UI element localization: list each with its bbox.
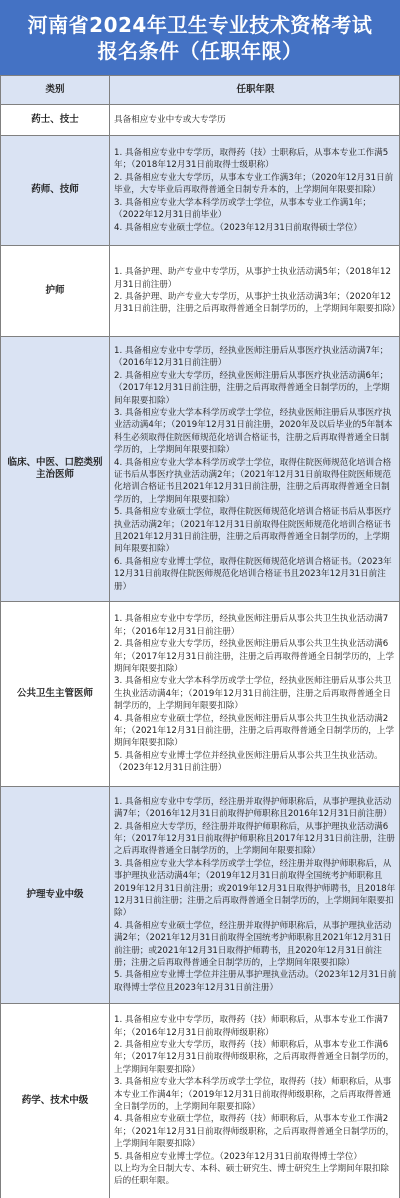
row-category: 护理专业中级 — [1, 787, 110, 1004]
requirement-line: 4. 具备相应专业硕士学位。（2023年12月31日前取得硕士学位） — [114, 222, 397, 234]
row-category: 药士、技士 — [1, 105, 110, 136]
requirement-line: 1. 具备相应专业中专学历，经注册并取得护师职称后，从事护理执业活动满7年；（2… — [114, 796, 397, 821]
requirement-line: 4. 具备相应专业硕士学位，经注册并取得护师职称后，从事护理执业活动满2年；（2… — [114, 920, 397, 970]
table-row: 护理专业中级 1. 具备相应专业中专学历，经注册并取得护师职称后，从事护理执业活… — [1, 787, 400, 1004]
requirement-line: 1. 具备相应专业中专学历，取得药（技）士职称后，从事本专业工作满5年；（201… — [114, 147, 397, 172]
requirement-line: 2. 具备相应专业大专学历，取得药（技）师职称后，从事本专业工作满6年；（201… — [114, 1039, 397, 1076]
requirement-line: 2. 具备相应大专学历，经注册并取得护师职称后，从事护理执业活动满6年；（201… — [114, 821, 397, 858]
table-row: 公共卫生主管医师 1. 具备相应专业中专学历，经执业医师注册后从事公共卫生执业活… — [1, 602, 400, 787]
row-requirements: 1. 具备相应专业中专学历，取得药（技）士职称后，从事本专业工作满5年；（201… — [110, 136, 400, 246]
requirement-line: 3. 具备相应专业大学本科学历或学士学位，从事本专业工作满1年；（2022年12… — [114, 197, 397, 222]
row-category: 公共卫生主管医师 — [1, 602, 110, 787]
requirement-line: 具备相应专业中专或大专学历 — [114, 114, 397, 126]
requirement-line: 4. 具备相应专业硕士学位，取得药（技）师职称后，从事本专业工作满2年；（202… — [114, 1113, 397, 1150]
title-line-2: 报名条件（任职年限） — [98, 38, 303, 64]
row-requirements: 1. 具备相应专业中专学历，经执业医师注册后从事公共卫生执业活动满7年；（201… — [110, 602, 400, 787]
requirements-table: 类别 任职年限 药士、技士 具备相应专业中专或大专学历 药师、技师 1. 具备相… — [0, 75, 400, 1198]
requirement-line: 4. 具备相应专业硕士学位，经执业医师注册后从事公共卫生执业活动满2年；（202… — [114, 713, 397, 750]
requirement-line: 1. 具备相应专业中专学历，经执业医师注册后从事医疗执业活动满7年；（2016年… — [114, 345, 397, 370]
requirement-line: 3. 具备相应专业大学本科学历或学士学位，经执业医师注册后从事公共卫生执业活动满… — [114, 675, 397, 712]
table-header-row: 类别 任职年限 — [1, 76, 400, 105]
table-row: 护师 1. 具备护理、助产专业中专学历，从事护士执业活动满5年；（2018年12… — [1, 246, 400, 337]
title-line-1: 河南省2024年卫生专业技术资格考试 — [28, 12, 373, 38]
requirement-line: 1. 具备相应专业中专学历，取得药（技）师职称后，从事本专业工作满7年；（201… — [114, 1014, 397, 1039]
requirement-line: 5. 具备相应专业博士学位。（2023年12月31日前取得博士学位） — [114, 1151, 397, 1163]
requirement-line: 3. 具备相应专业大学本科学历或学士学位，经注册并取得护师职称后，从事护理执业活… — [114, 858, 397, 920]
requirement-line: 6. 具备相应专业博士学位，取得住院医师规范化培训合格证书。（2023年12月3… — [114, 556, 397, 593]
requirement-note: 以上均为全日制大专、本科、硕士研究生、博士研究生上学期间年限扣除后的任职年限。 — [114, 1163, 397, 1188]
table-row: 药学、技术中级 1. 具备相应专业中专学历，取得药（技）师职称后，从事本专业工作… — [1, 1004, 400, 1198]
requirement-line: 5. 具备相应专业博士学位并经执业医师注册后从事公共卫生执业活动。（2023年1… — [114, 750, 397, 775]
requirement-line: 2. 具备相应专业大专学历，从事本专业工作满3年；（2020年12月31日前毕业… — [114, 172, 397, 197]
requirement-line: 3. 具备相应专业大学本科学历或学士学位，经执业医师注册后从事医疗执业活动满4年… — [114, 407, 397, 457]
table-row: 药士、技士 具备相应专业中专或大专学历 — [1, 105, 400, 136]
row-requirements: 具备相应专业中专或大专学历 — [110, 105, 400, 136]
column-header-category: 类别 — [1, 76, 110, 105]
requirement-line: 3. 具备相应专业大学本科学历或学士学位，取得药（技）师职称后，从事本专业工作满… — [114, 1076, 397, 1113]
table-row: 临床、中医、口腔类别主治医师 1. 具备相应专业中专学历，经执业医师注册后从事医… — [1, 337, 400, 602]
requirement-line: 2. 具备相应专业大专学历，经执业医师注册后从事公共卫生执业活动满6年；（201… — [114, 638, 397, 675]
requirement-line: 5. 具备相应专业博士学位并注册从事护理执业活动。（2023年12月31日前取得… — [114, 969, 397, 994]
row-requirements: 1. 具备护理、助产专业中专学历，从事护士执业活动满5年；（2018年12月31… — [110, 246, 400, 337]
requirement-line: 4. 具备相应专业大学本科学历或学士学位，取得住院医师规范化培训合格证书后从事医… — [114, 457, 397, 507]
row-requirements: 1. 具备相应专业中专学历，经执业医师注册后从事医疗执业活动满7年；（2016年… — [110, 337, 400, 602]
row-category: 临床、中医、口腔类别主治医师 — [1, 337, 110, 602]
requirement-line: 2. 具备护理、助产专业大专学历，从事护士执业活动满3年；（2020年12月31… — [114, 291, 397, 316]
requirement-line: 5. 具备相应专业硕士学位，取得住院医师规范化培训合格证书后从事医疗执业活动满2… — [114, 506, 397, 556]
requirement-line: 1. 具备护理、助产专业中专学历，从事护士执业活动满5年；（2018年12月31… — [114, 266, 397, 291]
column-header-years: 任职年限 — [110, 76, 400, 105]
row-category: 药师、技师 — [1, 136, 110, 246]
requirement-line: 1. 具备相应专业中专学历，经执业医师注册后从事公共卫生执业活动满7年；（201… — [114, 613, 397, 638]
row-requirements: 1. 具备相应专业中专学历，取得药（技）师职称后，从事本专业工作满7年；（201… — [110, 1004, 400, 1198]
row-requirements: 1. 具备相应专业中专学历，经注册并取得护师职称后，从事护理执业活动满7年；（2… — [110, 787, 400, 1004]
row-category: 药学、技术中级 — [1, 1004, 110, 1198]
table-row: 药师、技师 1. 具备相应专业中专学历，取得药（技）士职称后，从事本专业工作满5… — [1, 136, 400, 246]
row-category: 护师 — [1, 246, 110, 337]
page-title: 河南省2024年卫生专业技术资格考试 报名条件（任职年限） — [0, 0, 400, 75]
requirement-line: 2. 具备相应专业大专学历，经执业医师注册后从事医疗执业活动满6年；（2017年… — [114, 370, 397, 407]
